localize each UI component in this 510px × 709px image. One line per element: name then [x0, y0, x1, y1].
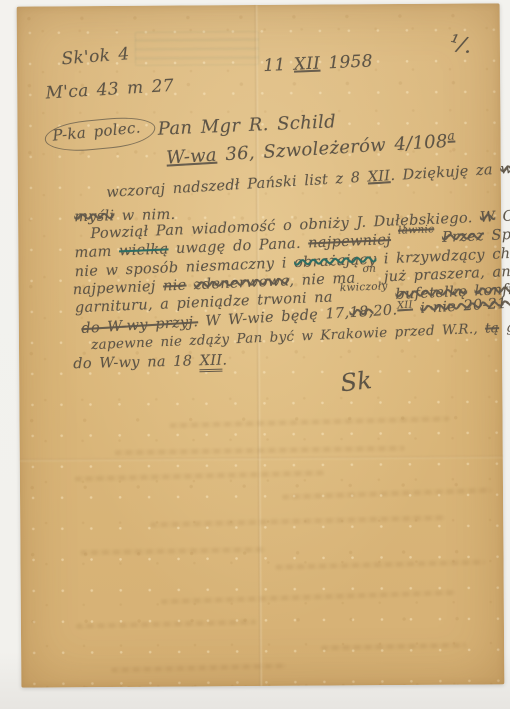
hand-text-segment: . Dziękuję za: [390, 162, 501, 185]
hand-text-segment: a: [447, 128, 455, 142]
hand-text-segment: mam: [74, 243, 119, 261]
hand-text-segment: on: [362, 263, 376, 276]
hand-text-segment: 11: [263, 55, 294, 76]
hand-text-segment: XII: [367, 168, 391, 185]
hand-text-segment: Pan Mgr R. Schild: [157, 111, 336, 139]
bleedthrough-ghost-text: [161, 590, 456, 604]
hand-text-segment: najpewniej: [308, 232, 391, 251]
registered-mail-note: P-ka polec.: [43, 114, 157, 155]
hand-text-segment: wczoraj nadszedł Pański list z 8: [106, 170, 368, 201]
hand-text-segment: ławnic: [398, 223, 435, 237]
bleedthrough-ghost-text: [321, 643, 466, 651]
bleedthrough-ghost-text: [282, 488, 492, 500]
hand-text-segment: tą: [485, 320, 500, 337]
bleedthrough-ghost-text: [76, 619, 256, 628]
hand-text-segment: kwiczoły: [340, 280, 388, 294]
page-mark: ¹/.: [447, 30, 475, 59]
date-line: 11 XII 1958: [263, 52, 373, 76]
hand-text-segment: 18,: [349, 304, 374, 321]
sender-line-1: Sk'ok 4: [61, 45, 130, 70]
horizontal-fold-crease: [20, 455, 503, 461]
hand-text-segment: Przez: [442, 228, 485, 246]
sender-line-2: M'ca 43 m 27: [45, 77, 174, 104]
hand-text-segment: najpewniej: [73, 279, 164, 299]
hand-text-segment: myśli: [74, 208, 115, 225]
bleedthrough-ghost-text: [276, 560, 486, 570]
body-line-10: do W-wy na 18 XII.: [73, 353, 227, 373]
hand-text-segment: 1958: [320, 51, 373, 73]
hand-text-segment: XII: [293, 54, 320, 75]
hand-text-segment: do W-wy na 18: [73, 353, 200, 372]
hand-text-segment: W-wa: [166, 145, 218, 169]
hand-text-segment: XII: [397, 300, 413, 312]
bleedthrough-ghost-text: [80, 547, 265, 555]
hand-text-segment: Oto: [495, 208, 510, 225]
hand-text-segment: Sk: [339, 366, 374, 397]
hand-text-segment: XII: [199, 353, 222, 373]
bleedthrough-ghost-text: [75, 470, 325, 481]
hand-text-segment: W: [480, 209, 496, 226]
scanned-letter-photo: Sk'ok 4M'ca 43 m 27¹/.11 XII 1958P-ka po…: [0, 0, 510, 709]
hand-text-segment: nie: [163, 278, 187, 295]
hand-text-segment: M'ca 43 m 27: [45, 76, 174, 104]
hand-text-segment: ¹/.: [447, 30, 475, 59]
hand-text-segment: P-ka polec.: [52, 118, 142, 144]
signature: Sk: [339, 367, 373, 398]
hand-text-segment: uwagę do Pana.: [168, 236, 308, 258]
bleedthrough-stamp-ghost: [135, 31, 259, 66]
hand-text-segment: w nim.: [114, 207, 175, 224]
hand-text-segment: .: [222, 353, 227, 369]
bleedthrough-ghost-text: [150, 515, 445, 527]
hand-text-segment: wielką: [119, 241, 169, 259]
letter-paper-sheet: Sk'ok 4M'ca 43 m 27¹/.11 XII 1958P-ka po…: [17, 3, 505, 687]
hand-text-segment: 20.: [373, 302, 398, 319]
handwriting-layer: Sk'ok 4M'ca 43 m 27¹/.11 XII 1958P-ka po…: [17, 3, 500, 6]
hand-text-segment: Sk'ok 4: [61, 44, 130, 69]
hand-text-segment: gdy wróci: [499, 317, 510, 336]
hand-text-segment: zdenerwowa: [194, 273, 290, 293]
bleedthrough-ghost-text: [170, 416, 450, 428]
hand-text-segment: i nie 20-21 XII: [420, 294, 510, 317]
hand-text-segment: wsze: [500, 159, 510, 177]
